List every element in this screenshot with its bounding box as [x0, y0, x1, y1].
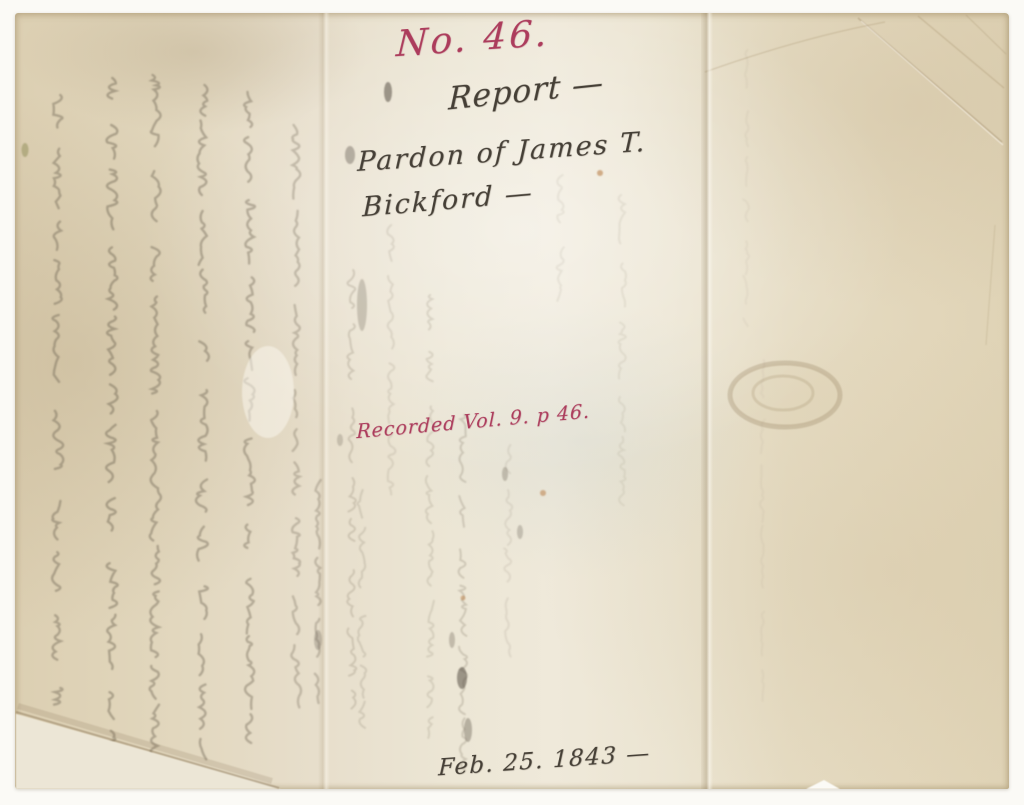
document-paper: No. 46. Report — Pardon of James T. Bick…: [15, 13, 1009, 789]
scanner-background: { "scan": { "background_color": "#fbfaf6…: [0, 0, 1024, 805]
creases-and-stains: [15, 13, 1009, 789]
